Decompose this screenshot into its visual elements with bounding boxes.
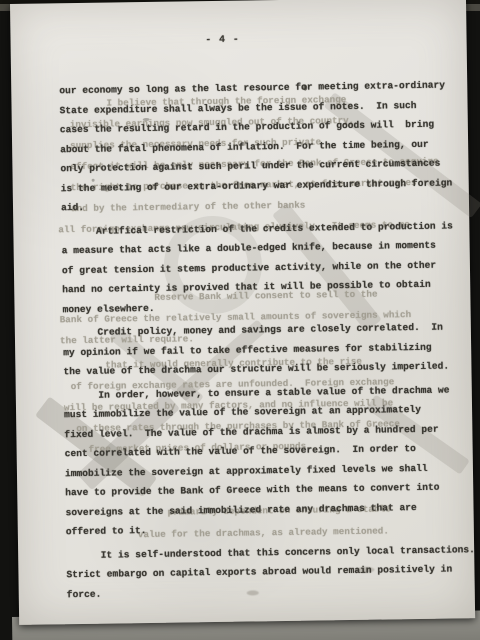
scan-viewport: { "document": { "page_number_header": "-… — [0, 0, 480, 640]
typed-text-block: our economy so long as the last resource… — [59, 75, 469, 608]
page-number: - 4 - — [10, 31, 434, 48]
paragraph: Credit policy, money and savings are clo… — [63, 317, 466, 381]
paragraph: In order, however, to ensure a stable va… — [64, 380, 468, 542]
paragraph: It is self-understood that this concerns… — [66, 540, 469, 604]
paragraph: Artifical restriction of the credits ext… — [61, 216, 464, 319]
document-page: - 4 - I believe that through the foreign… — [10, 0, 475, 625]
paragraph: our economy so long as the last resource… — [59, 75, 463, 217]
